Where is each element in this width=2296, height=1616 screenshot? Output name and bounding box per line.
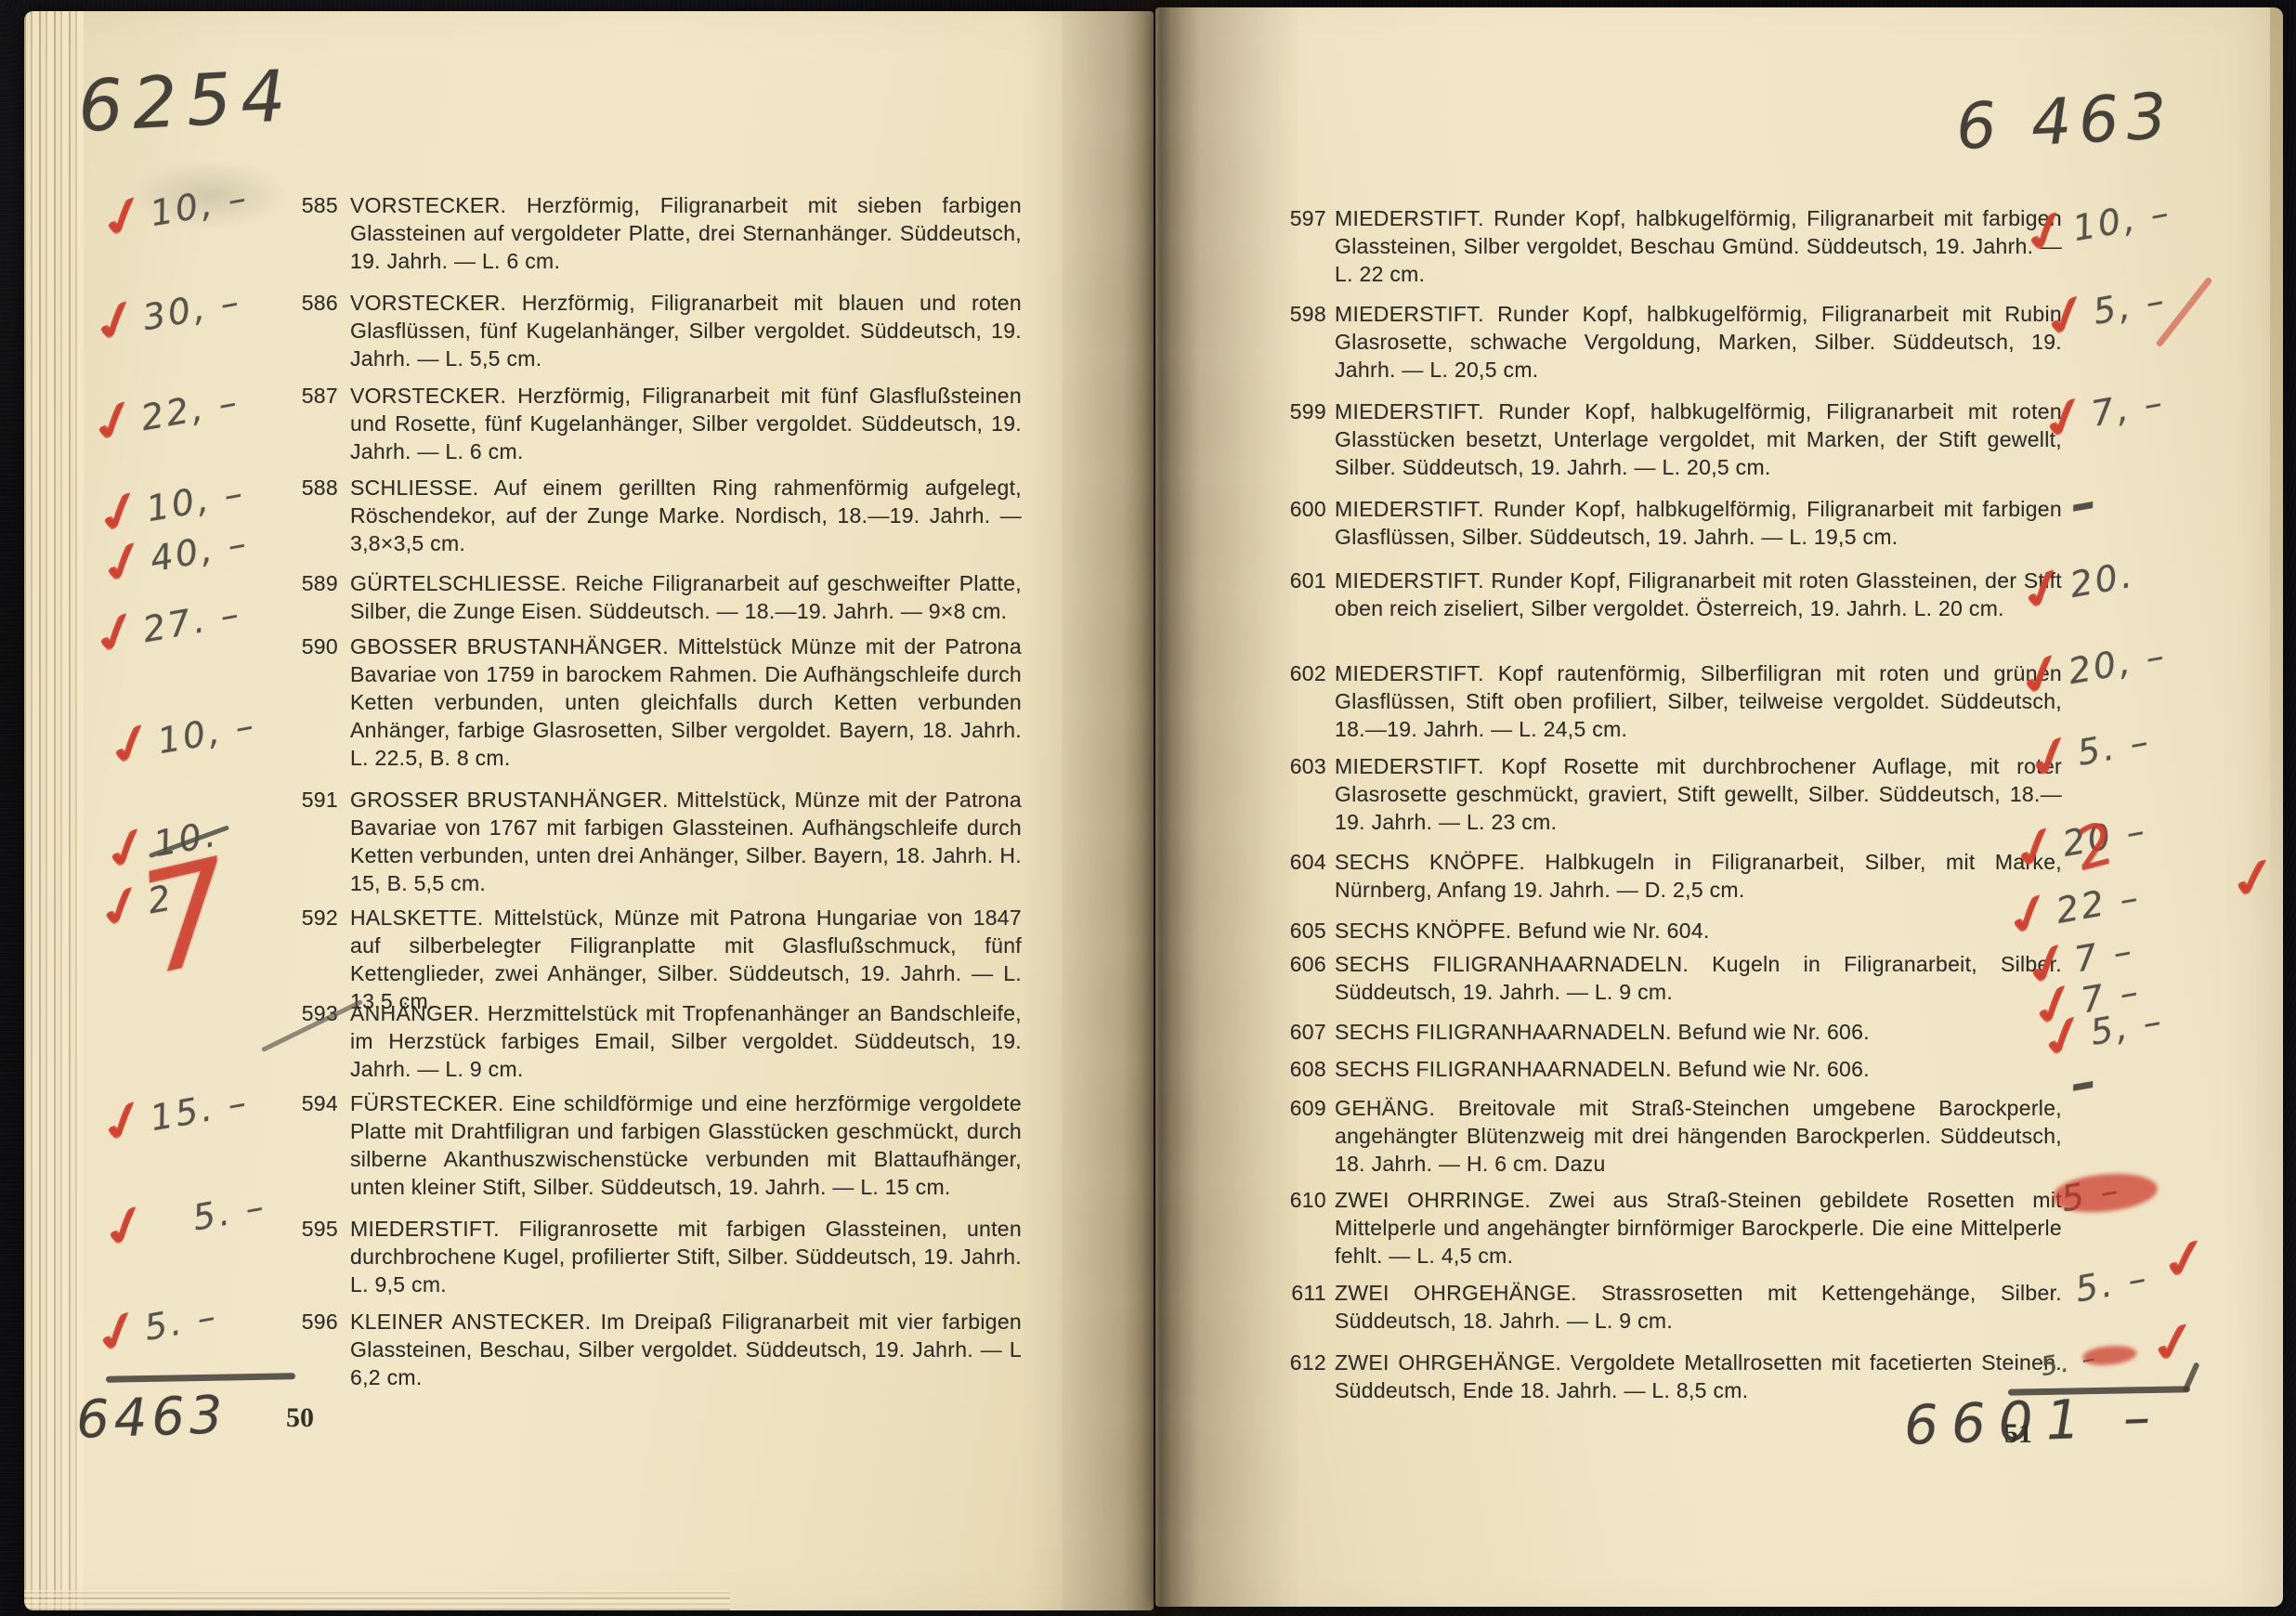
lot-number: 602 xyxy=(1290,659,1326,687)
price-value: 22, – xyxy=(137,381,242,438)
entry-605: 605SECHS KNÖPFE. Befund wie Nr. 604. xyxy=(1335,917,2062,945)
lot-number: 609 xyxy=(1290,1094,1326,1122)
right-page: 6 463 597MIEDERSTIFT. Runder Kopf, halbk… xyxy=(1155,7,2283,1607)
price-annotation-601: ✓20. xyxy=(2019,553,2137,619)
entry-593: 593ANHÄNGER. Herzmittelstück mit Tropfen… xyxy=(350,999,1022,1083)
red-checkmark-icon: ✓ xyxy=(80,385,148,458)
lot-number: 587 xyxy=(302,382,338,410)
entry-588: 588SCHLIESSE. Auf einem gerillten Ring r… xyxy=(350,474,1022,557)
entry-603: 603MIEDERSTIFT. Kopf Rosette mit durchbr… xyxy=(1335,752,2062,836)
lot-number: 590 xyxy=(302,632,338,660)
lot-description: SECHS FILIGRANHAARNADELN. Kugeln in Fili… xyxy=(1335,952,2062,1004)
entry-591: 591GROSSER BRUSTANHÄNGER. Mittelstück, M… xyxy=(350,786,1022,897)
red-checkmark-icon: ✓ xyxy=(82,597,150,670)
price-annotation-611: 5. – xyxy=(2073,1256,2151,1308)
price-annotation-590: ✓27. – xyxy=(92,593,243,663)
lot-description: VORSTECKER. Herzförmig, Filigranarbeit m… xyxy=(350,193,1022,273)
price-annotation-609: – xyxy=(2068,1062,2098,1114)
red-checkmark-icon: ✓ xyxy=(89,1086,157,1158)
page-block-edge xyxy=(2270,7,2283,918)
entry-610: 610ZWEI OHRRINGE. Zwei aus Straß-Steinen… xyxy=(1335,1186,2062,1270)
entry-590: 590GBOSSER BRUSTANHÄNGER. Mittelstück Mü… xyxy=(350,632,1022,772)
price-annotation-600: – xyxy=(2068,482,2098,534)
entry-594: 594FÜRSTECKER. Eine schildförmige und ei… xyxy=(350,1089,1022,1201)
lot-number: 592 xyxy=(302,904,338,932)
price-annotation-589: ✓40, – xyxy=(99,522,251,593)
entry-585: 585VORSTECKER. Herzförmig, Filigranarbei… xyxy=(350,191,1022,275)
entry-587: 587VORSTECKER. Herzförmig, Filigranarbei… xyxy=(350,382,1022,465)
lot-number: 612 xyxy=(1290,1349,1326,1376)
entry-601: 601MIEDERSTIFT. Runder Kopf, Filigranarb… xyxy=(1335,567,2062,622)
price-annotation-599: ✓7, – xyxy=(2041,380,2167,448)
lot-number: 601 xyxy=(1290,567,1326,594)
handwritten-number-top-left: 6254 xyxy=(76,54,297,148)
lot-description: GEHÄNG. Breitovale mit Straß-Steinchen u… xyxy=(1335,1096,2062,1176)
price-annotation-604: ✓20 –2 xyxy=(2012,809,2150,879)
lot-number: 610 xyxy=(1290,1186,1326,1214)
price-annotation-598: ✓5, – xyxy=(2042,278,2169,345)
page-number-left: 50 xyxy=(286,1402,314,1434)
price-annotation-594: ✓15. – xyxy=(99,1081,251,1152)
lot-description: ZWEI OHRGEHÄNGE. Strassrosetten mit Kett… xyxy=(1335,1281,2062,1333)
price-value: 10, – xyxy=(2069,191,2174,249)
entry-607: 607SECHS FILIGRANHAARNADELN. Befund wie … xyxy=(1335,1018,2062,1046)
price-annotation-608: ✓5, – xyxy=(2040,998,2166,1066)
price-annotation-593: ✓27 xyxy=(98,874,176,937)
red-checkmark-icon: ✓ xyxy=(91,1191,159,1263)
lot-number: 600 xyxy=(1290,495,1326,523)
red-checkmark-icon: ✓ xyxy=(82,285,150,358)
lot-number: 596 xyxy=(302,1308,338,1336)
price-annotation-595: ✓5. – xyxy=(101,1184,268,1257)
lot-number: 586 xyxy=(302,289,338,317)
lot-description: KLEINER ANSTECKER. Im Dreipaß Filigranar… xyxy=(350,1310,1022,1389)
price-annotation-602: ✓20, – xyxy=(2017,634,2169,705)
entry-600: 600MIEDERSTIFT. Runder Kopf, halbkugelfö… xyxy=(1335,495,2062,551)
lot-number: 591 xyxy=(302,786,338,814)
price-annotation-597: ✓10, – xyxy=(2022,191,2173,262)
lot-description: ZWEI OHRRINGE. Zwei aus Straß-Steinen ge… xyxy=(1335,1188,2062,1268)
red-checkmark-icon: ✓ xyxy=(2153,1315,2201,1371)
lot-description: MIEDERSTIFT. Runder Kopf, halbkugelförmi… xyxy=(1335,302,2062,382)
page-stack-edges-bottom xyxy=(24,1590,730,1610)
lot-number: 597 xyxy=(1290,204,1326,232)
lot-number: 589 xyxy=(302,569,338,597)
lot-number: 611 xyxy=(1291,1279,1326,1307)
price-value: 40, – xyxy=(147,522,252,580)
red-checkmark-icon: ✓ xyxy=(2233,851,2281,906)
entry-596: 596KLEINER ANSTECKER. Im Dreipaß Filigra… xyxy=(350,1308,1022,1391)
price-annotation-612: 5. – xyxy=(2039,1344,2099,1380)
page-number-right: 51 xyxy=(2004,1418,2032,1450)
lot-description: MIEDERSTIFT. Runder Kopf, Filigranarbeit… xyxy=(1335,568,2062,620)
entry-608: 608SECHS FILIGRANHAARNADELN. Befund wie … xyxy=(1335,1055,2062,1083)
lot-description: HALSKETTE. Mittelstück, Münze mit Patron… xyxy=(350,906,1022,1013)
price-value: 20, – xyxy=(2065,634,2170,692)
handwritten-number-top-right: 6 463 xyxy=(1954,80,2175,164)
entry-598: 598MIEDERSTIFT. Runder Kopf, halbkugelfö… xyxy=(1335,300,2062,384)
page-stack-edges xyxy=(24,11,84,1610)
lot-description: MIEDERSTIFT. Filigranrosette mit farbige… xyxy=(350,1217,1022,1297)
lot-number: 599 xyxy=(1290,397,1326,425)
lot-number: 594 xyxy=(302,1089,338,1117)
lot-description: GROSSER BRUSTANHÄNGER. Mittelstück, Münz… xyxy=(350,788,1022,895)
lot-number: 598 xyxy=(1290,300,1326,328)
lot-number: 608 xyxy=(1290,1055,1326,1083)
handwritten-number-bottom-right: 6601 – xyxy=(1903,1385,2164,1457)
price-annotation-596: ✓5. – xyxy=(94,1294,220,1362)
desk-background: 6254 585VORSTECKER. Herzförmig, Filigran… xyxy=(0,0,2296,1616)
price-value: 5. – xyxy=(2072,1257,2152,1310)
lot-description: FÜRSTECKER. Eine schildförmige und eine … xyxy=(350,1091,1022,1199)
price-annotation-586: ✓30, – xyxy=(92,280,243,351)
price-value: 15. – xyxy=(147,1081,252,1139)
pencil-dash: – xyxy=(2066,472,2101,534)
price-value: 30, – xyxy=(139,280,244,338)
price-value: 5, – xyxy=(2087,1000,2167,1053)
lot-description: SECHS FILIGRANHAARNADELN. Befund wie Nr.… xyxy=(1335,1020,1870,1044)
lot-number: 588 xyxy=(302,474,338,502)
price-value: 20. xyxy=(2067,554,2137,606)
handwritten-number-bottom-left: 6463 xyxy=(75,1385,228,1451)
entry-611: 611ZWEI OHRGEHÄNGE. Strassrosetten mit K… xyxy=(1335,1279,2062,1335)
red-checkmark-icon: ✓ xyxy=(2164,1232,2212,1287)
lot-number: 604 xyxy=(1290,848,1326,876)
entry-606: 606SECHS FILIGRANHAARNADELN. Kugeln in F… xyxy=(1335,950,2062,1006)
lot-description: SCHLIESSE. Auf einem gerillten Ring rahm… xyxy=(350,476,1022,555)
price-value: 5, – xyxy=(2090,280,2170,332)
entry-604: 604SECHS KNÖPFE. Halbkugeln in Filigrana… xyxy=(1335,848,2062,904)
left-page: 6254 585VORSTECKER. Herzförmig, Filigran… xyxy=(24,11,1154,1610)
lot-description: VORSTECKER. Herzförmig, Filigranarbeit m… xyxy=(350,384,1022,463)
red-checkmark-icon: ✓ xyxy=(84,1297,151,1369)
lot-number: 605 xyxy=(1290,917,1326,945)
lot-description: ANHÄNGER. Herzmittelstück mit Tropfenanh… xyxy=(350,1001,1022,1081)
price-value: 10, – xyxy=(154,704,259,762)
red-checkmark-icon: ✓ xyxy=(97,709,164,781)
entry-595: 595MIEDERSTIFT. Filigranrosette mit farb… xyxy=(350,1215,1022,1298)
lot-description: MIEDERSTIFT. Kopf rautenförmig, Silberfi… xyxy=(1335,661,2062,741)
red-overwritten-digit: 7 xyxy=(128,841,246,997)
price-value: 5. – xyxy=(141,1296,221,1349)
entry-602: 602MIEDERSTIFT. Kopf rautenförmig, Silbe… xyxy=(1335,659,2062,743)
entry-592: 592HALSKETTE. Mittelstück, Münze mit Pat… xyxy=(350,904,1022,1015)
lot-description: GBOSSER BRUSTANHÄNGER. Mittelstück Münze… xyxy=(350,634,1022,770)
lot-description: MIEDERSTIFT. Runder Kopf, halbkugelförmi… xyxy=(1335,206,2062,286)
lot-description: SECHS KNÖPFE. Halbkugeln in Filigranarbe… xyxy=(1335,850,2062,902)
entry-609: 609GEHÄNG. Breitovale mit Straß-Steinche… xyxy=(1335,1094,2062,1178)
lot-description: SECHS FILIGRANHAARNADELN. Befund wie Nr.… xyxy=(1335,1057,1870,1081)
entry-586: 586VORSTECKER. Herzförmig, Filigranarbei… xyxy=(350,289,1022,372)
price-value: 10, – xyxy=(143,472,248,529)
lot-description: MIEDERSTIFT. Kopf Rosette mit durchbroch… xyxy=(1335,754,2062,834)
price-value: 5. – xyxy=(189,1185,269,1238)
lot-description: VORSTECKER. Herzförmig, Filigranarbeit m… xyxy=(350,291,1022,371)
lot-description: SECHS KNÖPFE. Befund wie Nr. 604. xyxy=(1335,919,1710,943)
entry-599: 599MIEDERSTIFT. Runder Kopf, halbkugelfö… xyxy=(1335,397,2062,481)
lot-description: MIEDERSTIFT. Runder Kopf, halbkugelförmi… xyxy=(1335,497,2062,549)
price-annotation-610: 5 – xyxy=(2059,1167,2123,1218)
lot-number: 606 xyxy=(1290,950,1326,978)
entry-597: 597MIEDERSTIFT. Runder Kopf, halbkugelfö… xyxy=(1335,204,2062,288)
price-annotation-603: ✓5. – xyxy=(2027,719,2153,787)
lot-number: 603 xyxy=(1290,752,1326,780)
price-value: 10, – xyxy=(147,176,252,234)
lot-description: MIEDERSTIFT. Runder Kopf, halbkugelförmi… xyxy=(1335,399,2062,479)
red-checkmark-icon: ✓ xyxy=(89,527,157,599)
price-value: 5. – xyxy=(2074,721,2154,774)
pencil-underline xyxy=(106,1373,295,1383)
lot-number: 595 xyxy=(302,1215,338,1243)
lot-number: 607 xyxy=(1290,1018,1326,1046)
price-annotation-587: ✓22, – xyxy=(90,381,241,451)
price-annotation-591: ✓10, – xyxy=(107,704,258,775)
red-checkmark-icon: ✓ xyxy=(89,181,157,254)
price-value: 7, – xyxy=(2088,382,2168,435)
entry-589: 589GÜRTELSCHLIESSE. Reiche Filigranarbei… xyxy=(350,569,1022,625)
lot-description: GÜRTELSCHLIESSE. Reiche Filigranarbeit a… xyxy=(350,571,1022,623)
red-crayon-smear xyxy=(2052,1169,2159,1217)
price-value: 27. – xyxy=(139,593,244,650)
price-value: 22 – xyxy=(2053,877,2144,932)
